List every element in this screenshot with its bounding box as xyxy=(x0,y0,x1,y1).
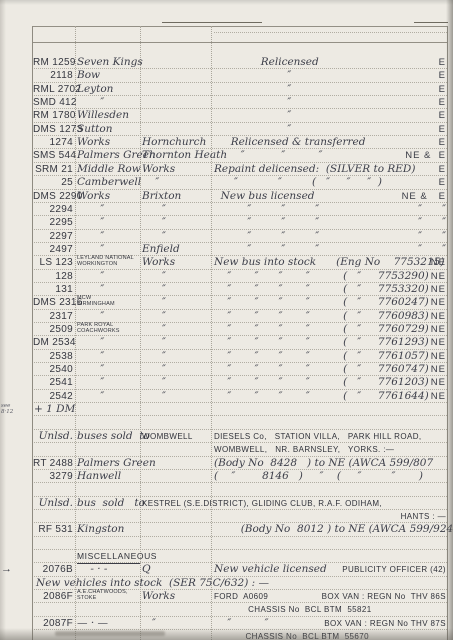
status-tag: NE xyxy=(318,296,446,309)
from-cell: buses sold to xyxy=(77,430,140,443)
to-cell: ″ xyxy=(142,216,209,229)
vehicle-number: RT 2488 xyxy=(33,457,73,470)
status-tag: PUBLICITY OFFICER (42) xyxy=(318,563,446,576)
from-cell: Willesden xyxy=(77,109,140,122)
from-cell: Leyton xyxy=(77,83,140,96)
print-code-smudge xyxy=(55,631,165,636)
vehicle-number: RML 2702 xyxy=(33,83,73,96)
to-cell: Brixton xyxy=(142,190,209,203)
status-tag: E xyxy=(318,136,446,149)
vehicle-number: DMS 2290 xyxy=(33,190,73,203)
status-tag: NE & E xyxy=(318,149,446,162)
to-cell: Q xyxy=(142,563,209,576)
vehicle-number: 3279 xyxy=(33,470,73,483)
from-cell: ″ xyxy=(77,376,140,389)
status-tag: BOX VAN : REGN No THV 86S xyxy=(318,590,446,603)
to-cell: Works xyxy=(142,256,209,269)
margin-note: see 8·12 xyxy=(1,403,31,415)
from-cell: Palmers Green xyxy=(77,457,140,470)
from-cell: A.E.CHATWOODS, STOKE xyxy=(77,590,140,602)
from-cell: ″ xyxy=(77,310,140,323)
reason-cell: CHASSIS No BCL BTM 55821 xyxy=(214,603,396,616)
from-cell: Hanwell xyxy=(77,470,140,483)
from-cell: ″ xyxy=(77,230,140,243)
from-cell: ″ xyxy=(77,390,140,403)
to-cell: KESTREL (S.E.DISTRICT), GLIDING CLUB, R.… xyxy=(142,497,209,510)
grid-line xyxy=(32,42,447,43)
status-tag: E xyxy=(318,56,446,69)
date-underline xyxy=(162,22,262,23)
from-cell: Kingston xyxy=(77,523,140,536)
vehicle-number: 131 xyxy=(33,283,73,296)
to-cell: Enfield xyxy=(142,243,209,256)
from-cell: ″ xyxy=(77,283,140,296)
vehicle-number: 2497 xyxy=(33,243,73,256)
from-cell: Camberwell xyxy=(77,176,140,189)
vehicle-number: + 1 DM xyxy=(34,403,89,416)
grid-line xyxy=(447,26,448,640)
vehicle-number: 2087F xyxy=(33,617,73,630)
grid-line xyxy=(140,26,141,640)
vehicle-number: 2086F xyxy=(33,590,73,603)
from-cell: ″ xyxy=(77,363,140,376)
vehicle-number: Unlsd. xyxy=(33,497,73,510)
status-tag: NE & E xyxy=(318,190,446,203)
vehicle-number: 2294 xyxy=(33,203,73,216)
from-cell: PARK ROYAL COACHWORKS xyxy=(77,323,140,335)
status-tag: ″ ″ xyxy=(318,216,446,229)
vehicle-number: SMD 412 xyxy=(33,96,73,109)
to-cell: ″ xyxy=(142,296,209,309)
from-cell: ″ xyxy=(77,216,140,229)
vehicle-number: Unlsd. xyxy=(33,430,73,443)
from-cell: Bow xyxy=(77,69,140,82)
page-number-underline xyxy=(414,22,448,23)
vehicle-number: 25 xyxy=(33,176,73,189)
vehicle-number: 2295 xyxy=(33,216,73,229)
vehicle-number: 2542 xyxy=(33,390,73,403)
vehicle-number: 2076B xyxy=(33,563,73,576)
vehicle-number: 2297 xyxy=(33,230,73,243)
from-cell: LEYLAND NATIONAL WORKINGTON xyxy=(77,256,140,268)
grid-line xyxy=(32,26,447,27)
to-cell: Thornton Heath xyxy=(142,149,209,162)
vehicle-number: 1274 xyxy=(33,136,73,149)
scanned-ledger-page: RM 1259Seven Kings RelicensedE2118Bow ″E… xyxy=(0,0,453,640)
grid-line xyxy=(32,415,447,416)
to-cell: ″ xyxy=(142,310,209,323)
from-cell: ″ xyxy=(77,203,140,216)
status-tag: E xyxy=(318,96,446,109)
to-cell: ″ xyxy=(142,376,209,389)
to-cell: WOMBWELL xyxy=(142,430,209,443)
reason-cell: ( ″ 8146 ) ″ ( ″ ″ ) xyxy=(214,470,396,483)
to-cell: ″ xyxy=(142,283,209,296)
to-cell: ″ xyxy=(142,336,209,349)
from-cell: ″ xyxy=(77,336,140,349)
vehicle-number: 2538 xyxy=(33,350,73,363)
reason-cell: WOMBWELL, NR. BARNSLEY, YORKS. :— xyxy=(214,443,396,456)
to-cell: Works xyxy=(142,590,209,603)
to-cell: ″ xyxy=(142,176,209,189)
scan-shade-left xyxy=(0,0,6,640)
vehicle-number: RF 531 xyxy=(33,523,73,536)
to-cell: ″ xyxy=(142,270,209,283)
vehicle-number: SMS 544 xyxy=(33,149,73,162)
status-tag: ″ ″ xyxy=(318,230,446,243)
status-tag: E xyxy=(318,69,446,82)
status-tag: NE xyxy=(318,363,446,376)
vehicle-number: RM 1780 xyxy=(33,109,73,122)
status-tag: NE xyxy=(318,350,446,363)
status-tag: ″ ″ xyxy=(318,243,446,256)
grid-line xyxy=(214,32,447,33)
scan-shade-right xyxy=(446,0,453,640)
from-cell: ″ xyxy=(77,350,140,363)
from-cell: — · — xyxy=(77,617,140,630)
status-tag: NE xyxy=(318,323,446,336)
vehicle-number: 2509 xyxy=(33,323,73,336)
from-cell: ″ xyxy=(77,270,140,283)
status-tag: NE xyxy=(318,336,446,349)
status-tag: NE xyxy=(318,283,446,296)
status-tag: E xyxy=(318,163,446,176)
to-cell: ″ xyxy=(142,390,209,403)
from-cell: MCW BIRMINGHAM xyxy=(77,296,140,308)
vehicle-number: LS 123 xyxy=(33,256,73,269)
status-tag: NE xyxy=(318,256,446,269)
to-cell: ″ xyxy=(142,323,209,336)
margin-note: → xyxy=(1,563,31,576)
to-cell: ″ xyxy=(142,230,209,243)
from-cell: Palmers Green xyxy=(77,149,140,162)
from-cell: Works xyxy=(77,190,140,203)
vehicle-number: SRM 21 xyxy=(33,163,73,176)
scan-shade-top xyxy=(0,0,453,5)
from-cell: Works xyxy=(77,136,140,149)
to-cell: ″ xyxy=(142,617,209,630)
status-tag: ″ ″ xyxy=(318,203,446,216)
vehicle-number: RM 1259 xyxy=(33,56,73,69)
to-cell: ″ xyxy=(142,203,209,216)
status-tag: NE xyxy=(318,270,446,283)
status-tag: BOX VAN : REGN No THV 87S xyxy=(318,617,446,630)
status-tag: E xyxy=(318,109,446,122)
status-tag: E xyxy=(318,83,446,96)
to-cell: ″ xyxy=(142,363,209,376)
from-cell: bus sold to xyxy=(77,497,140,510)
reason-cell: (Body No 8012 ) to NE (AWCA 599/924) xyxy=(214,523,396,536)
from-cell: Middle Row xyxy=(77,163,140,176)
to-cell: Hornchurch xyxy=(142,136,209,149)
reason-cell: CHASSIS No BCL BTM 55670 xyxy=(214,630,396,640)
status-tag: HANTS : — xyxy=(318,510,446,523)
vehicle-number: DM 2534 xyxy=(33,336,73,349)
status-tag: E xyxy=(318,176,446,189)
from-cell: ″ xyxy=(77,243,140,256)
vehicle-number: DMS 2316 xyxy=(33,296,73,309)
from-cell: - · - xyxy=(77,563,140,576)
status-tag: NE xyxy=(318,310,446,323)
span-cell: New vehicles into stock (SER 75C/632) : … xyxy=(36,577,431,590)
vehicle-number: 2541 xyxy=(33,376,73,389)
reason-cell: (Body No 8428 ) to NE (AWCA 599/807 ) xyxy=(214,457,396,470)
to-cell: ″ xyxy=(142,350,209,363)
from-cell: MISCELLANEOUS xyxy=(77,550,140,564)
vehicle-number: 2118 xyxy=(33,69,73,82)
from-cell: Seven Kings xyxy=(77,56,140,69)
vehicle-number: 128 xyxy=(33,270,73,283)
grid-line xyxy=(211,26,212,640)
vehicle-number: 2540 xyxy=(33,363,73,376)
from-cell: ″ xyxy=(77,96,140,109)
reason-cell: DIESELS Co, STATION VILLA, PARK HILL ROA… xyxy=(214,430,396,443)
vehicle-number: DMS 1273 xyxy=(33,123,73,136)
status-tag: NE xyxy=(318,390,446,403)
status-tag: NE xyxy=(318,376,446,389)
from-cell: Sutton xyxy=(77,123,140,136)
vehicle-number: 2317 xyxy=(33,310,73,323)
to-cell: Works xyxy=(142,163,209,176)
status-tag: E xyxy=(318,123,446,136)
